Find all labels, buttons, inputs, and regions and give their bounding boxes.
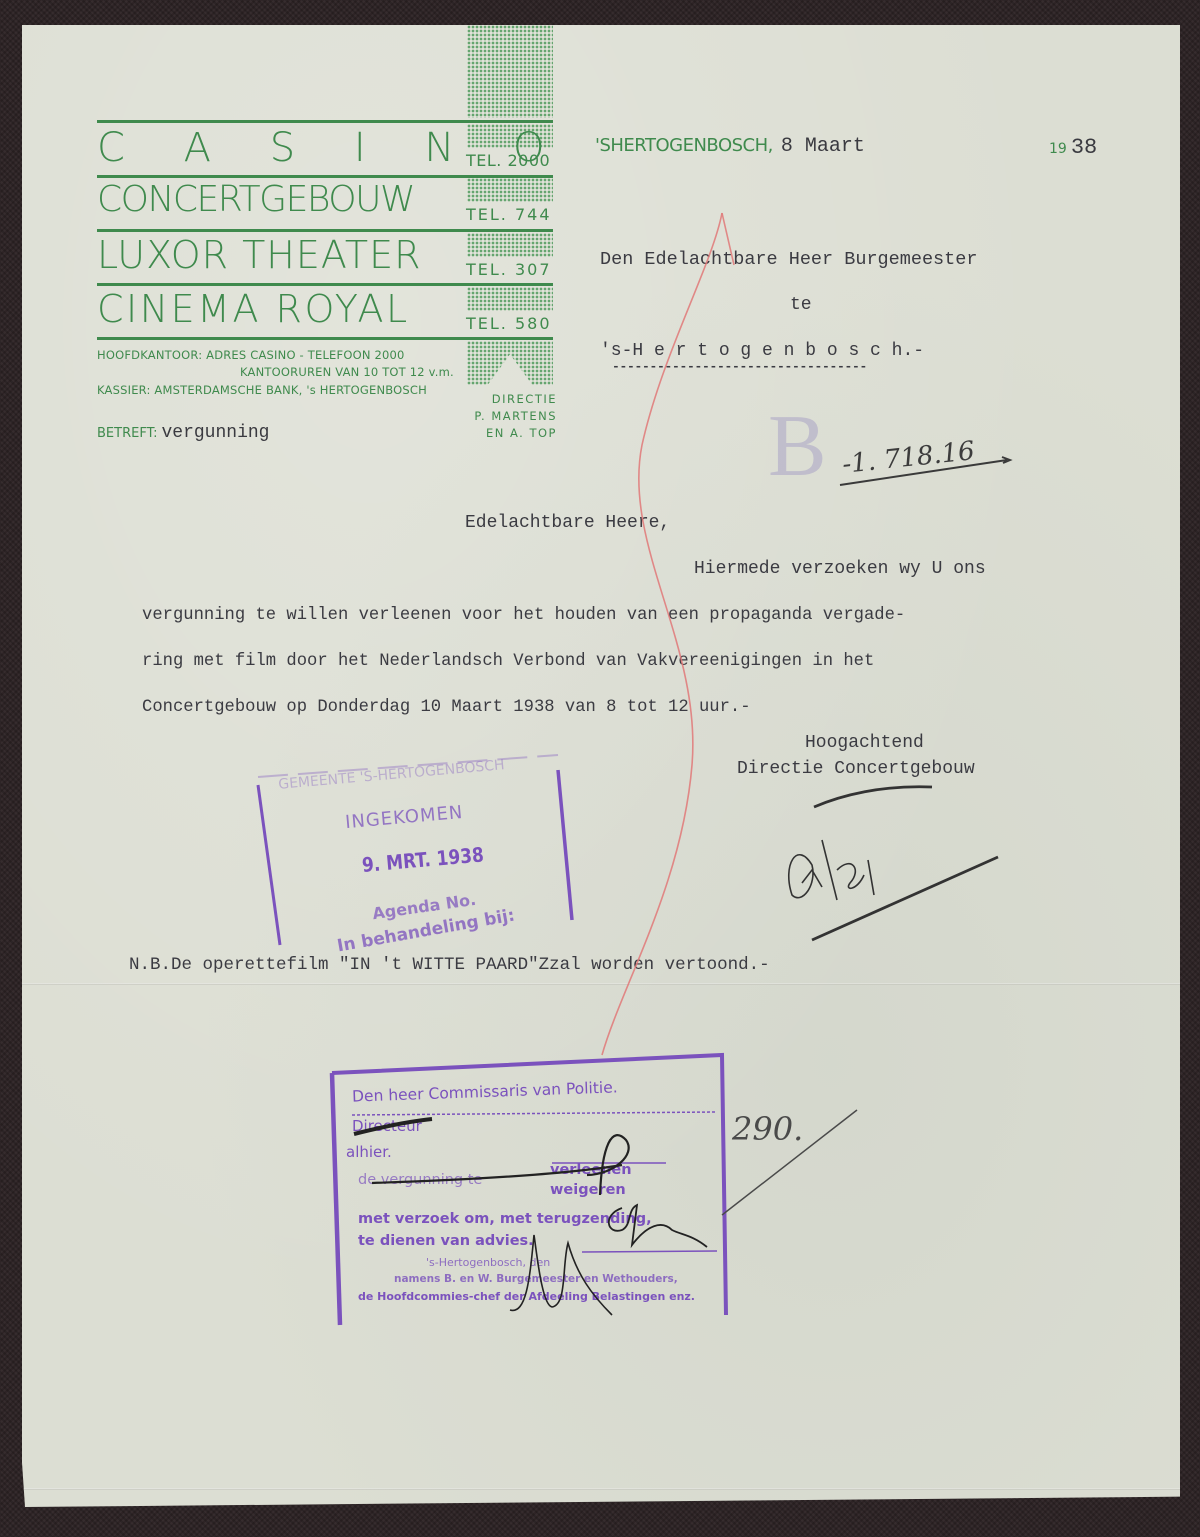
venue-concertgebouw: CONCERTGEBOUW	[97, 182, 414, 218]
police-stamp-line10: de Hoofdcommies-chef der Afdeeling Belas…	[358, 1290, 695, 1303]
venue-cinema-royal: CINEMA ROYAL	[97, 290, 410, 328]
kassier-line: KASSIER: AMSTERDAMSCHE BANK, 's HERTOGEN…	[97, 383, 427, 397]
police-stamp-line3: alhier.	[346, 1143, 392, 1161]
police-stamp-line6: met verzoek om, met terugzending,	[358, 1211, 652, 1227]
address-underline: ----------------------------------	[612, 359, 867, 374]
received-stamp-header: GEMEENTE 'S-HERTOGENBOSCH	[278, 757, 505, 793]
betreft-label: BETREFT:	[97, 426, 157, 441]
tel-casino: TEL. 2000	[466, 151, 550, 170]
date-typed: 8 Maart	[781, 135, 865, 158]
police-stamp-line1: Den heer Commissaris van Politie.	[352, 1078, 618, 1105]
directie-title: DIRECTIE	[467, 391, 557, 408]
police-stamp: Den heer Commissaris van Politie. Direct…	[318, 1053, 728, 1323]
address-line-2: te	[790, 295, 812, 315]
signature-flourish	[814, 787, 932, 807]
letterhead-dotgrid-4	[467, 287, 553, 311]
tel-luxor-theater: TEL. 307	[466, 260, 552, 279]
signatory: Directie Concertgebouw	[737, 759, 975, 779]
letterhead-rule-2	[97, 175, 553, 178]
handwritten-ref: -1. 718.16	[841, 436, 976, 480]
police-stamp-line8: 's-Hertogenbosch, den	[426, 1256, 550, 1269]
letterhead-rule-4	[97, 283, 553, 286]
letterhead-dotgrid-3	[467, 233, 553, 257]
betreft-line: BETREFT: vergunning	[97, 423, 270, 443]
tel-concertgebouw: TEL. 744	[466, 205, 552, 224]
directie-name-1: P. MARTENS	[467, 408, 557, 425]
body-line-2: vergunning te willen verleenen voor het …	[142, 606, 905, 625]
paper-fold-bottom	[22, 1488, 1180, 1490]
letterhead-dotgrid-5	[467, 341, 553, 385]
police-stamp-line9: namens B. en W. Burgemeester en Wethoude…	[394, 1273, 678, 1285]
received-stamp: GEMEENTE 'S-HERTOGENBOSCH INGEKOMEN 9. M…	[250, 745, 580, 955]
venue-luxor-theater: LUXOR THEATER	[97, 236, 422, 274]
police-stamp-option-grant: verleenen	[550, 1162, 632, 1178]
betreft-value: vergunning	[161, 423, 269, 443]
body-line-1: Hiermede verzoeken wy U ons	[694, 559, 986, 579]
police-stamp-line2: Directeur	[352, 1117, 422, 1135]
received-stamp-date: 9. MRT. 1938	[361, 842, 485, 877]
letter-paper: C A S I N O CONCERTGEBOUW LUXOR THEATER …	[22, 25, 1180, 1507]
year-printed: 19	[1049, 141, 1067, 157]
police-stamp-option-refuse: weigeren	[550, 1182, 626, 1198]
tel-cinema-royal: TEL. 580	[466, 314, 552, 333]
address-line-1: Den Edelachtbare Heer Burgemeester	[600, 249, 977, 270]
letterhead-dotgrid-top	[467, 25, 553, 118]
hoofdkantoor-line: HOOFDKANTOOR: ADRES CASINO - TELEFOON 20…	[97, 348, 405, 362]
stamp-letter-b: B	[768, 403, 827, 491]
directie-block: DIRECTIE P. MARTENS EN A. TOP	[467, 391, 557, 442]
handwritten-number: 290.	[732, 1110, 803, 1148]
year-typed: 38	[1071, 135, 1097, 160]
address-line-3: 's-H e r t o g e n b o s c h.-	[600, 341, 924, 361]
kantooruren-line: KANTOORUREN VAN 10 TOT 12 v.m.	[240, 365, 454, 379]
closing: Hoogachtend	[805, 733, 924, 753]
police-stamp-line7: te dienen van advies.	[358, 1233, 534, 1249]
letterhead-rule-1	[97, 120, 553, 123]
received-stamp-title: INGEKOMEN	[344, 802, 464, 833]
nb-note: N.B.De operettefilm "IN 't WITTE PAARD"Z…	[129, 955, 770, 975]
salutation: Edelachtbare Heere,	[465, 513, 670, 533]
year-line: 19 38	[1049, 135, 1097, 160]
body-line-3: ring met film door het Nederlandsch Verb…	[142, 652, 874, 671]
letterhead-rule-5	[97, 337, 553, 340]
red-pencil-line	[602, 213, 722, 1055]
police-stamp-line4: de vergunning te	[358, 1172, 482, 1188]
body-line-4: Concertgebouw op Donderdag 10 Maart 1938…	[142, 698, 751, 717]
date-line: 'SHERTOGENBOSCH, 8 Maart	[595, 135, 865, 158]
paper-fold	[22, 983, 1180, 985]
directie-name-2: EN A. TOP	[467, 425, 557, 442]
city-printed: 'SHERTOGENBOSCH,	[595, 135, 773, 156]
letterhead-dotgrid-2	[467, 178, 553, 202]
letterhead-rule-3	[97, 229, 553, 232]
